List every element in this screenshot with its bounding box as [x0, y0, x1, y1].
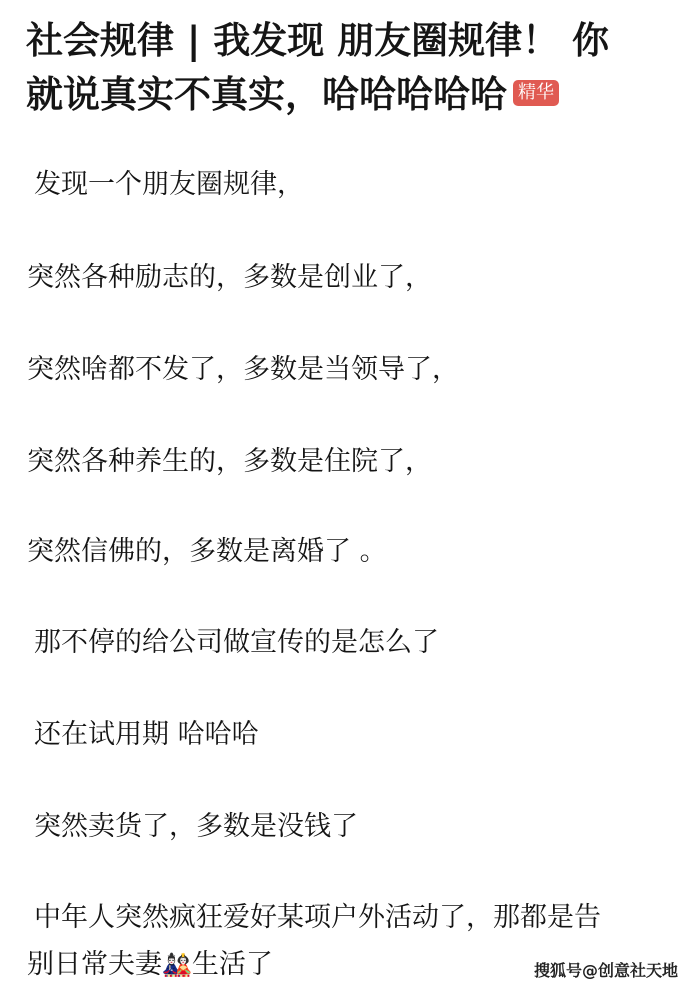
watermark: 搜狐号@创意社天地: [534, 958, 678, 981]
body-line: 突然各种励志的，多数是创业了，: [27, 261, 432, 295]
body-line: 还在试用期 哈哈哈: [34, 718, 259, 752]
featured-badge: 精华: [513, 80, 559, 106]
japanese-dolls-icon: 🎎: [162, 951, 192, 979]
body-line: 突然啥都不发了，多数是当领导了，: [27, 353, 459, 387]
body-line: 那不停的给公司做宣传的是怎么了: [34, 626, 439, 660]
last-line-before: 别日常夫妻: [27, 949, 162, 980]
post-title: 社会规律 | 我发现 朋友圈规律！ 你 就说真实不真实，哈哈哈哈哈精华: [26, 14, 666, 122]
body-line: 突然各种养生的，多数是住院了，: [27, 445, 432, 479]
title-line-1: 社会规律 | 我发现 朋友圈规律！ 你: [26, 14, 666, 68]
title-line-2-text: 就说真实不真实，哈哈哈哈哈: [26, 73, 507, 116]
body-line-last: 别日常夫妻🎎生活了: [27, 948, 273, 982]
body-line: 突然信佛的，多数是离婚了 。: [27, 535, 387, 569]
body-line: 发现一个朋友圈规律，: [34, 168, 304, 202]
last-line-after: 生活了: [192, 949, 273, 980]
title-line-2: 就说真实不真实，哈哈哈哈哈精华: [26, 68, 666, 122]
body-line: 中年人突然疯狂爱好某项户外活动了，那都是告: [34, 901, 601, 935]
body-line: 突然卖货了，多数是没钱了: [34, 810, 358, 844]
